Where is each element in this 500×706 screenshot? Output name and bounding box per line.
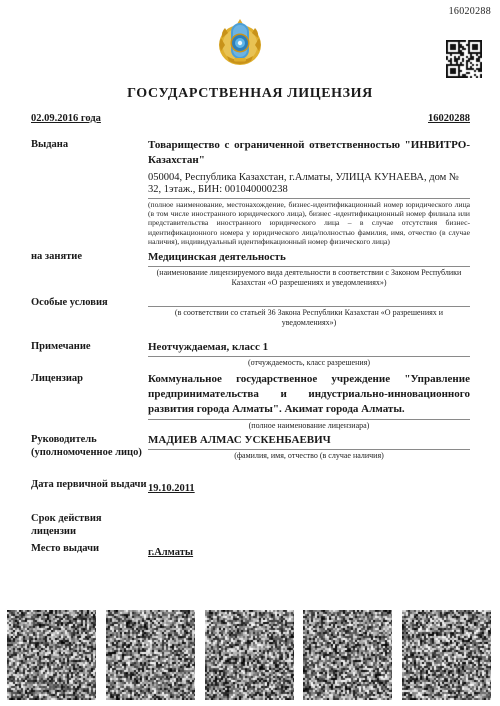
field-label-first-issue: Дата первичной выдачи (31, 478, 148, 491)
barcode-strip (7, 610, 491, 700)
barcode-block (402, 610, 491, 700)
field-note-licensor: (полное наименование лицензиара) (148, 421, 470, 431)
barcode-block (7, 610, 96, 700)
barcode-block (106, 610, 195, 700)
field-label-validity: Срок действия лицензии (31, 512, 148, 538)
field-row-head: Руководитель (уполномоченное лицо) МАДИЕ… (31, 433, 470, 461)
field-note-remark: (отчуждаемость, класс разрешения) (148, 358, 470, 368)
field-label-activity: на занятие (31, 250, 148, 263)
issue-date: 02.09.2016 года (31, 113, 101, 124)
field-value-head: МАДИЕВ АЛМАС УСКЕНБАЕВИЧ (148, 433, 470, 447)
license-number: 16020288 (428, 113, 470, 124)
field-value-issued: Товарищество с ограниченной ответственно… (148, 138, 470, 168)
field-value-first-issue: 19.10.2011 (148, 483, 195, 494)
rule-line (148, 356, 470, 357)
field-note-activity: (наименование лицензируемого вида деятел… (148, 268, 470, 288)
field-note-issued: (полное наименование, местонахождение, б… (148, 200, 470, 246)
barcode-block (303, 610, 392, 700)
license-document: 16020288 ГОСУДАРСТВЕННАЯ ЛИЦЕНЗИЯ 02.09.… (0, 0, 500, 706)
rule-line (148, 306, 470, 307)
field-label-special: Особые условия (31, 296, 148, 309)
field-value-place: г.Алматы (148, 547, 193, 558)
rule-line (148, 449, 470, 450)
header-row: 02.09.2016 года 16020288 (31, 113, 470, 124)
qr-code (446, 40, 482, 78)
barcode-block (205, 610, 294, 700)
field-row-issued: Выдана Товарищество с ограниченной ответ… (31, 138, 470, 246)
kazakhstan-emblem-icon (217, 18, 263, 68)
field-label-head: Руководитель (уполномоченное лицо) (31, 433, 148, 459)
field-row-validity: Срок действия лицензии (31, 512, 470, 538)
rule-line (148, 419, 470, 420)
field-row-place: Место выдачи г.Алматы (31, 542, 470, 560)
field-row-licensor: Лицензиар Коммунальное государственное у… (31, 372, 470, 431)
field-note-head: (фамилия, имя, отчество (в случае наличи… (148, 451, 470, 461)
empty-value-space (148, 296, 470, 304)
serial-number-top: 16020288 (449, 6, 491, 17)
field-row-remark: Примечание Неотчуждаемая, класс 1 (отчуж… (31, 340, 470, 368)
document-body: 02.09.2016 года 16020288 Выдана Товарище… (31, 113, 470, 560)
rule-line (148, 266, 470, 267)
field-label-remark: Примечание (31, 340, 148, 353)
field-row-special: Особые условия (в соответствии со статье… (31, 296, 470, 328)
field-value-remark: Неотчуждаемая, класс 1 (148, 340, 470, 354)
field-value-activity: Медицинская деятельность (148, 250, 470, 264)
document-title: ГОСУДАРСТВЕННАЯ ЛИЦЕНЗИЯ (0, 86, 500, 102)
field-value-licensor: Коммунальное государственное учреждение … (148, 372, 470, 417)
rule-line (148, 198, 470, 199)
field-label-place: Место выдачи (31, 542, 148, 555)
field-address-issued: 050004, Республика Казахстан, г.Алматы, … (148, 172, 470, 196)
field-row-activity: на занятие Медицинская деятельность (наи… (31, 250, 470, 288)
field-label-issued: Выдана (31, 138, 148, 151)
field-label-licensor: Лицензиар (31, 372, 148, 385)
field-note-special: (в соответствии со статьей 36 Закона Рес… (148, 308, 470, 328)
field-row-first-issue: Дата первичной выдачи 19.10.2011 (31, 478, 470, 496)
